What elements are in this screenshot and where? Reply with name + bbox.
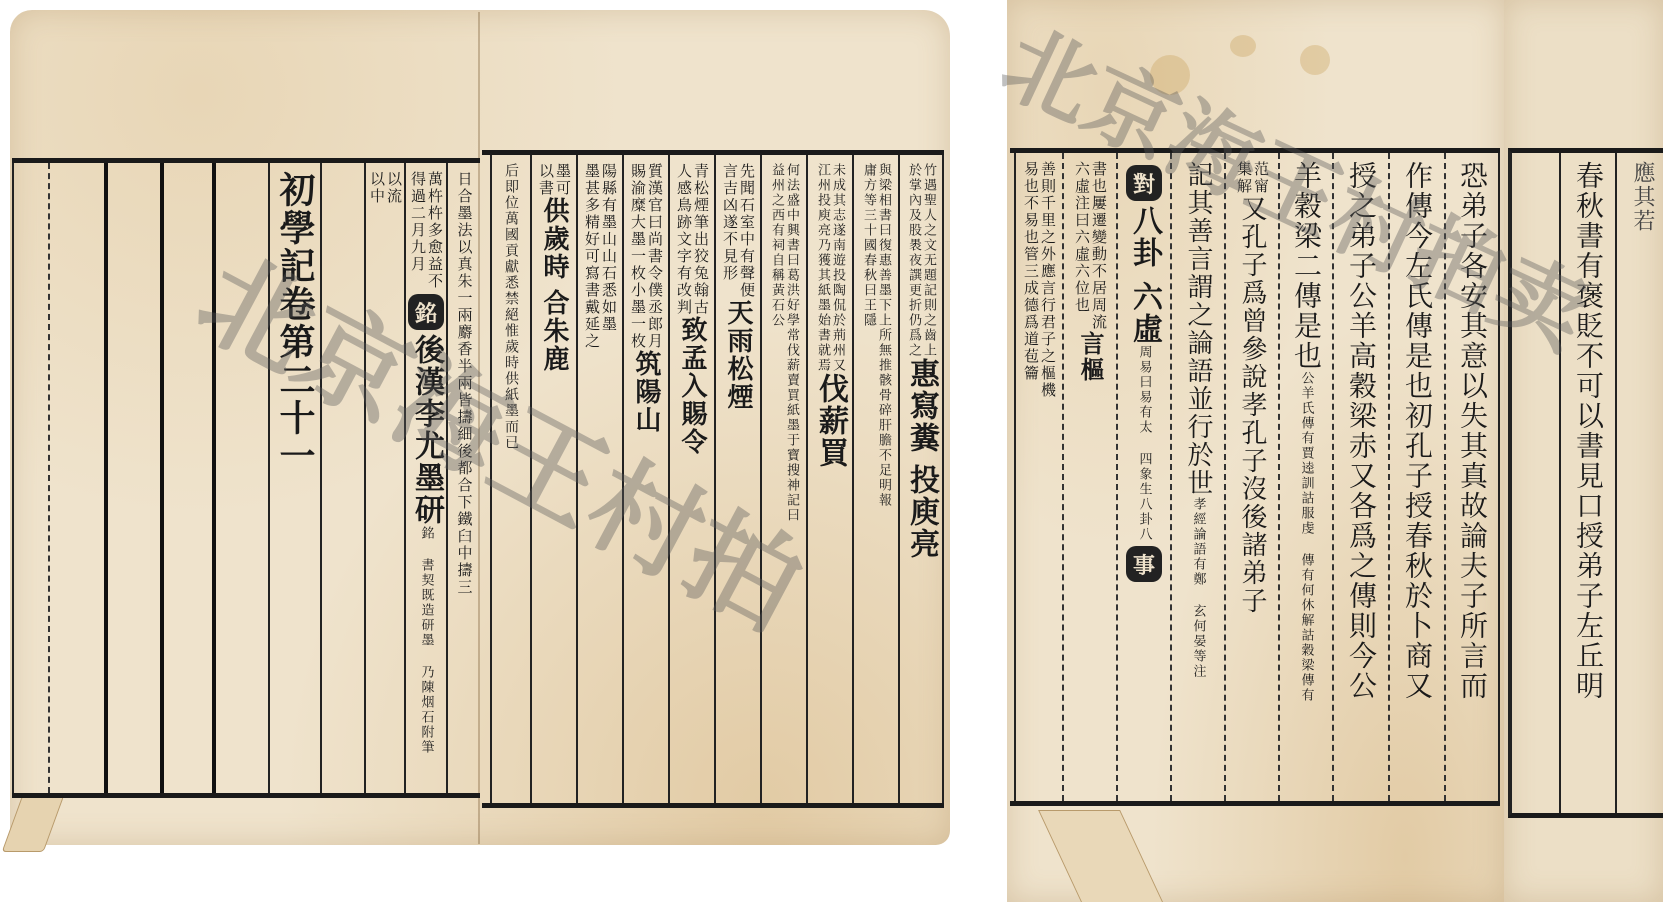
column-9-small-right: 墨可 (555, 163, 570, 197)
column-6-small-right: 青松煙筆出狡兔翰古 (693, 163, 708, 316)
right-column-9-small-left: 易也不易也管三成德爲道苞籥 (1023, 161, 1038, 399)
column-12-tail: 銘 書契既造研墨 乃陳烟石附筆 (420, 526, 433, 755)
right-column-5-text: 又孔子爲曾參說孝 (1239, 195, 1265, 419)
duality-seal-icon: 對 (1126, 165, 1162, 201)
column-6: 青松煙筆出狡兔翰古 人感鳥跡文字有改判 致孟入賜令 (668, 155, 714, 803)
column-4-annotation: 何法盛中興書曰葛洪好學常伐薪賣買紙墨于寶搜神記曰 益州之西有祠自稱黃石公 (770, 163, 798, 523)
column-13-small-right: 以流 (386, 171, 401, 205)
column-3: 未成其志遂南遊投陶侃於荊州又 江州投庾亮乃獲其紙墨始書就焉 伐薪買 (806, 155, 852, 803)
right-column-3-text-2: 又各爲之傳則今公 (1347, 461, 1375, 701)
column-1-annotation: 竹遇聖人之文无題記則之齒上 於掌內及股褁夜譔更折仍爲之 (907, 163, 935, 358)
next-page-columns: 應其若 春秋書有褒貶不可以書見口授弟子左丘明 (1512, 153, 1663, 813)
blank-column (320, 163, 364, 793)
column-11-annotation: 日合墨法以真朱一兩麝香半兩皆擣細後都合下鐵臼中擣三 (457, 171, 472, 596)
blank-column (12, 163, 48, 793)
left-half-leaf-columns: 日合墨法以真朱一兩麝香半兩皆擣細後都合下鐵臼中擣三 萬杵杵多愈益不 得過二月九月… (12, 163, 480, 793)
right-column-2: 作傳今左氏傳是也初孔子 授春秋於卜商又 (1388, 153, 1444, 801)
column-2: 與梁相書曰復惠善墨下上所無推骸骨碎肝膽不足明報 庸方等三十國春秋曰王隱 (852, 155, 898, 803)
right-column-8-heading: 言樞 (1078, 331, 1102, 383)
column-2-small-left: 庸方等三十國春秋曰王隱 (862, 163, 875, 508)
right-column-6-annotation: 孝經論語有鄭 玄何晏等注 (1192, 497, 1205, 679)
column-7-annotation: 質漢官曰尚書令僕丞郎月 賜渝糜大墨一枚小墨一枚 (630, 163, 662, 350)
right-page-frame: 恐弟子各安其意以失其 真故論夫子所言而 作傳今左氏傳是也初孔子 授春秋於卜商又 … (1010, 148, 1500, 806)
column-12-heading: 後漢李尤墨研 (411, 334, 441, 526)
column-6-annotation: 青松煙筆出狡兔翰古 人感鳥跡文字有改判 (676, 163, 708, 316)
column-1-small-left: 於掌內及股褁夜譔更折仍爲之 (907, 163, 920, 358)
column-4-small-left: 益州之西有祠自稱黃石公 (770, 163, 783, 523)
column-12-small-left: 得過二月九月 (410, 171, 425, 290)
right-column-3-text: 授之弟子公羊高穀梁赤 (1347, 161, 1375, 461)
column-8: 陽縣有墨山山石悉如墨 墨甚多精好可寫書戴延之 (576, 155, 622, 803)
right-column-7-heading: 八卦 (1129, 205, 1159, 269)
column-11-text: 日合墨法以真朱一兩麝香半兩皆擣細後都合下鐵臼中擣三 (457, 171, 472, 596)
water-stain (1300, 45, 1330, 75)
water-stain (1150, 55, 1190, 95)
column-1-heading: 惠寫糞 (906, 358, 936, 454)
next-page-column-2: 應其若 (1615, 153, 1663, 813)
column-7-small-left: 賜渝糜大墨一枚小墨一枚 (630, 163, 645, 350)
column-1-heading-2: 投庾亮 (906, 464, 936, 560)
blank-column (160, 163, 212, 793)
column-2-annotation: 與梁相書曰復惠善墨下上所無推骸骨碎肝膽不足明報 庸方等三十國春秋曰王隱 (862, 163, 890, 508)
column-7-heading: 筑陽山 (633, 350, 659, 434)
right-column-7: 對 八卦 六虛 周易曰易有太 四象生八卦八 事 (1116, 153, 1170, 801)
right-column-8-small-left: 六虛注曰六虛六位也 (1074, 161, 1089, 331)
column-9-annotation: 墨可 以書 (538, 163, 570, 197)
column-12-annotation: 萬杵杵多愈益不 得過二月九月 (410, 171, 442, 290)
column-13-annotation: 以流 以中 (369, 171, 401, 205)
left-half-leaf-frame: 日合墨法以真朱一兩麝香半兩皆擣細後都合下鐵臼中擣三 萬杵杵多愈益不 得過二月九月… (12, 158, 480, 798)
right-column-5-small-left: 集解 (1236, 161, 1251, 195)
right-column-5-text-2: 孔子沒後諸弟子 (1239, 419, 1265, 615)
blank-column (212, 163, 268, 793)
column-6-small-left: 人感鳥跡文字有改判 (676, 163, 691, 316)
next-page-column-1: 春秋書有褒貶不可以書見口授弟子左丘明 (1559, 153, 1615, 813)
column-10: 后即位萬國貢獻悉禁絕惟歲時供紙墨而已 (490, 155, 530, 803)
column-1: 竹遇聖人之文无題記則之齒上 於掌內及股褁夜譔更折仍爲之 惠寫糞 投庾亮 (898, 155, 944, 803)
right-column-5: 范甯 集解 又孔子爲曾參說孝 孔子沒後諸弟子 (1224, 153, 1278, 801)
right-column-8-annotation: 書也屢遷變動不居周流 六虛注曰六虛六位也 (1074, 161, 1106, 331)
right-column-1-text: 恐弟子各安其意以失其 (1458, 161, 1486, 461)
column-9-heading: 供歲時 (541, 197, 567, 281)
volume-title: 初學記卷第二十一 (277, 171, 313, 475)
column-3-small-left: 江州投庾亮乃獲其紙墨始書就焉 (816, 163, 829, 373)
column-7-small-right: 質漢官曰尚書令僕丞郎月 (647, 163, 662, 350)
next-page-partial-text: 應其若 (1631, 161, 1653, 233)
column-8-small-left: 墨甚多精好可寫書戴延之 (584, 163, 599, 350)
event-seal-icon: 事 (1126, 546, 1162, 582)
volume-title-column: 初學記卷第二十一 (268, 163, 320, 793)
right-column-2-text-2: 授春秋於卜商又 (1403, 491, 1431, 701)
right-column-5-annotation: 范甯 集解 (1236, 161, 1268, 195)
column-5-small-right: 先聞石室中有聲便 (739, 163, 754, 299)
column-1-small-right: 竹遇聖人之文无題記則之齒上 (922, 163, 935, 358)
column-13-small-left: 以中 (369, 171, 384, 205)
column-12: 萬杵杵多愈益不 得過二月九月 銘 後漢李尤墨研 銘 書契既造研墨 乃陳烟石附筆 (404, 163, 446, 793)
column-9: 墨可 以書 供歲時 合朱鹿 (530, 155, 576, 803)
next-page-text: 春秋書有褒貶不可以書見口授弟子左丘明 (1574, 161, 1602, 701)
column-8-small-right: 陽縣有墨山山石悉如墨 (601, 163, 616, 350)
right-column-2-text: 作傳今左氏傳是也初孔子 (1403, 161, 1431, 491)
blank-column (104, 163, 160, 793)
column-9-heading-2: 合朱鹿 (541, 289, 567, 373)
right-column-3: 授之弟子公羊高穀梁赤 又各爲之傳則今公 (1332, 153, 1388, 801)
column-6-heading: 致孟入賜令 (679, 316, 705, 456)
column-4: 何法盛中興書曰葛洪好學常伐薪賣買紙墨于寶搜神記曰 益州之西有祠自稱黃石公 (760, 155, 806, 803)
right-column-9-annotation: 善則千里之外應言行君子之樞機 易也不易也管三成德爲道苞籥 (1023, 161, 1055, 399)
right-column-5-small-right: 范甯 (1253, 161, 1268, 195)
right-column-8: 書也屢遷變動不居周流 六虛注曰六虛六位也 言樞 (1062, 153, 1116, 801)
column-3-heading: 伐薪買 (815, 373, 845, 469)
right-column-7-annotation: 周易曰易有太 四象生八卦八 (1138, 345, 1151, 542)
blank-column (48, 163, 104, 793)
column-3-annotation: 未成其志遂南遊投陶侃於荊州又 江州投庾亮乃獲其紙墨始書就焉 (816, 163, 844, 373)
right-column-4-text: 羊穀梁二傳是也 (1292, 161, 1320, 371)
inscription-seal-icon: 銘 (408, 294, 444, 330)
column-5-heading: 天雨松煙 (725, 299, 751, 411)
right-half-leaf-columns: 竹遇聖人之文无題記則之齒上 於掌內及股褁夜譔更折仍爲之 惠寫糞 投庾亮 與梁相書… (482, 155, 944, 803)
right-column-9: 善則千里之外應言行君子之樞機 易也不易也管三成德爲道苞籥 (1014, 153, 1062, 801)
column-11: 日合墨法以真朱一兩麝香半兩皆擣細後都合下鐵臼中擣三 (446, 163, 480, 793)
right-column-9-small-right: 善則千里之外應言行君子之樞機 (1040, 161, 1055, 399)
column-10-text: 后即位萬國貢獻悉禁絕惟歲時供紙墨而已 (504, 163, 518, 451)
column-7: 質漢官曰尚書令僕丞郎月 賜渝糜大墨一枚小墨一枚 筑陽山 (622, 155, 668, 803)
water-stain (1230, 35, 1256, 57)
right-column-4: 羊穀梁二傳是也 公羊氏傳有賈逵訓詁服虔 傳有何休解詁穀梁傳有 (1278, 153, 1332, 801)
next-page-frame: 應其若 春秋書有褒貶不可以書見口授弟子左丘明 (1508, 148, 1663, 818)
right-column-6: 記其善言謂之論語並行於世 孝經論語有鄭 玄何晏等注 (1170, 153, 1224, 801)
right-half-leaf-frame: 竹遇聖人之文无題記則之齒上 於掌內及股褁夜譔更折仍爲之 惠寫糞 投庾亮 與梁相書… (482, 150, 944, 808)
column-5-small-left: 言吉凶遂不見形 (722, 163, 737, 299)
column-13: 以流 以中 (364, 163, 404, 793)
right-column-8-small-right: 書也屢遷變動不居周流 (1091, 161, 1106, 331)
right-column-1: 恐弟子各安其意以失其 真故論夫子所言而 (1444, 153, 1500, 801)
column-5-annotation: 先聞石室中有聲便 言吉凶遂不見形 (722, 163, 754, 299)
column-2-small-right: 與梁相書曰復惠善墨下上所無推骸骨碎肝膽不足明報 (877, 163, 890, 508)
column-4-small-right: 何法盛中興書曰葛洪好學常伐薪賣買紙墨于寶搜神記曰 (785, 163, 798, 523)
column-8-annotation: 陽縣有墨山山石悉如墨 墨甚多精好可寫書戴延之 (584, 163, 616, 350)
column-5: 先聞石室中有聲便 言吉凶遂不見形 天雨松煙 (714, 155, 760, 803)
column-3-small-right: 未成其志遂南遊投陶侃於荊州又 (831, 163, 844, 373)
right-page-columns: 恐弟子各安其意以失其 真故論夫子所言而 作傳今左氏傳是也初孔子 授春秋於卜商又 … (1010, 153, 1500, 801)
right-column-6-text: 記其善言謂之論語並行於世 (1185, 161, 1211, 497)
right-column-1-text-2: 真故論夫子所言而 (1458, 461, 1486, 701)
column-9-small-left: 以書 (538, 163, 553, 197)
right-column-7-heading-2: 六虛 (1129, 281, 1159, 345)
right-column-4-annotation: 公羊氏傳有賈逵訓詁服虔 傳有何休解詁穀梁傳有 (1300, 371, 1313, 703)
column-12-small-right: 萬杵杵多愈益不 (427, 171, 442, 290)
